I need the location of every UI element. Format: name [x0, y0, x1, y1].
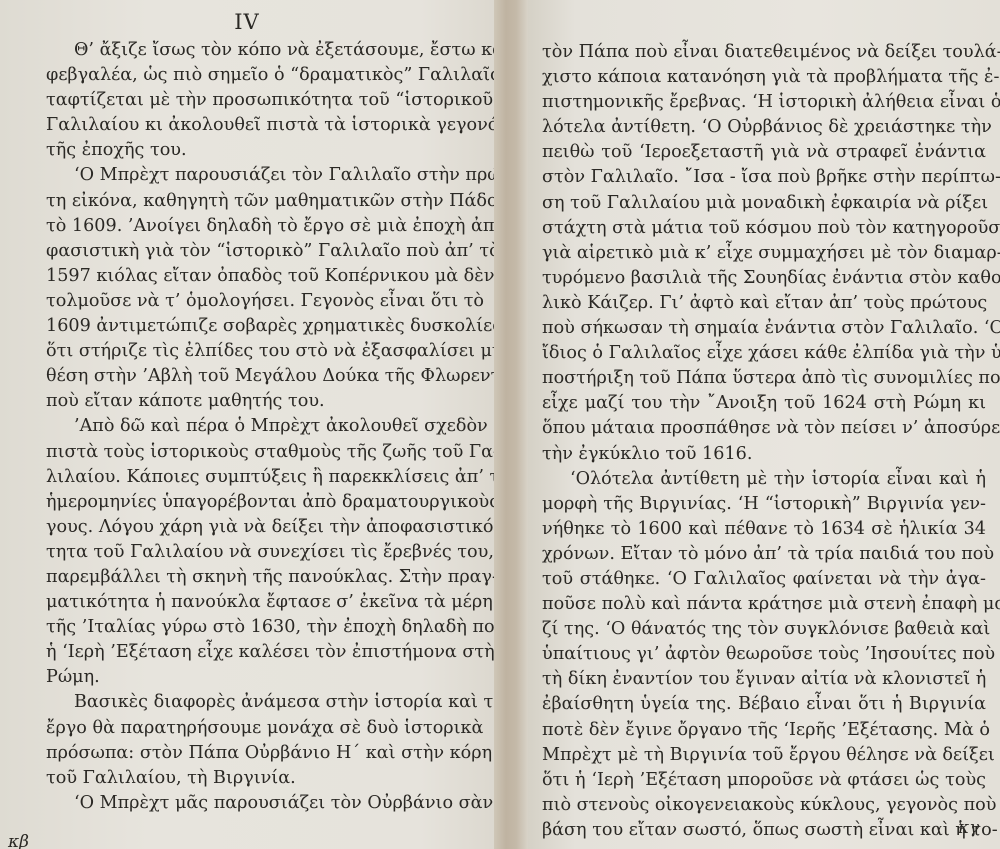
text-line: ζί της. ‘Ο θάνατός της τὸν συγκλόνισε βα… — [542, 617, 986, 642]
text-line: ὅπου μάταια προσπάθησε νὰ τὸν πείσει ν’ … — [542, 416, 986, 441]
text-line: ποῦσε πολὺ καὶ πάντα κράτησε μιὰ στενὴ ἐ… — [542, 592, 986, 617]
text-line: τῆς ’Ιταλίας γύρω στὸ 1630, τὴν ἐποχὴ δη… — [46, 615, 480, 640]
text-line: Μπρὲχτ μὲ τὴ Βιργινία τοῦ ἔργου θέλησε ν… — [542, 743, 986, 768]
text-line: ἡ ‘Ιερὴ ’Εξέταση εἶχε καλέσει τὸν ἐπιστή… — [46, 640, 480, 665]
text-line: 1597 κιόλας εἴταν ὀπαδὸς τοῦ Κοπέρνικου … — [46, 264, 480, 289]
text-line: ὅτι ἡ ‘Ιερὴ ’Εξέταση μποροῦσε νὰ φτάσει … — [542, 768, 986, 793]
text-line: τῆς ἐποχῆς του. — [46, 138, 480, 163]
text-line: ἡμερομηνίες ὑπαγορέβονται ἀπὸ δραματουργ… — [46, 490, 480, 515]
text-line: ση τοῦ Γαλιλαίου μιὰ μοναδικὴ ἐφκαιρία ν… — [542, 191, 986, 216]
left-page-body: Θ’ ἄξιζε ἴσως τὸν κόπο νὰ ἐξετάσουμε, ἔσ… — [46, 38, 480, 816]
text-line: βάση του εἴταν σωστό, ὅπως σωστὴ εἶναι κ… — [542, 818, 986, 843]
book-spread: IV Θ’ ἄξιζε ἴσως τὸν κόπο νὰ ἐξετάσουμε,… — [0, 0, 1000, 849]
text-line: εἶχε μαζί του τὴν ῎Ανοιξη τοῦ 1624 στὴ Ρ… — [542, 391, 986, 416]
text-line: ‘Ο Μπρὲχτ παρουσιάζει τὸν Γαλιλαῖο στὴν … — [46, 163, 480, 188]
text-line: ποὺ σήκωσαν τὴ σημαία ἐνάντια στὸν Γαλιλ… — [542, 316, 986, 341]
text-line: φεβγαλέα, ὡς πιὸ σημεῖο ὁ “δραματικὸς” Γ… — [46, 63, 480, 88]
text-line: ποτὲ δὲν ἔγινε ὄργανο τῆς ‘Ιερῆς ’Εξέτασ… — [542, 718, 986, 743]
paragraph: ’Απὸ δῶ καὶ πέρα ὁ Μπρὲχτ ἀκολουθεῖ σχεδ… — [46, 414, 480, 690]
text-line: πιστημονικῆς ἔρεβνας. ‘Η ἱστορικὴ ἀλήθει… — [542, 90, 986, 115]
text-line: λότελα ἀντίθετη. ‘Ο Οὐρβάνιος δὲ χρειάστ… — [542, 115, 986, 140]
text-line: ὅτι στήριζε τὶς ἐλπίδες του στὸ νὰ ἐξασφ… — [46, 339, 480, 364]
text-line: θέση στὴν ’Αβλὴ τοῦ Μεγάλου Δούκα τῆς Φλ… — [46, 364, 480, 389]
text-line: ἴδιος ὁ Γαλιλαῖος εἶχε χάσει κάθε ἐλπίδα… — [542, 341, 986, 366]
text-line: ἔργο θὰ παρατηρήσουμε μονάχα σὲ δυὸ ἱστο… — [46, 716, 480, 741]
paragraph: Θ’ ἄξιζε ἴσως τὸν κόπο νὰ ἐξετάσουμε, ἔσ… — [46, 38, 480, 163]
text-line: τη εἰκόνα, καθηγητὴ τῶν μαθηματικῶν στὴν… — [46, 189, 480, 214]
page-number-left: κβ — [8, 832, 29, 849]
text-line: ‘Ολότελα ἀντίθετη μὲ τὴν ἱστορία εἶναι κ… — [542, 467, 986, 492]
text-line: νήθηκε τὸ 1600 καὶ πέθανε τὸ 1634 σὲ ἡλι… — [542, 517, 986, 542]
text-line: στὸν Γαλιλαῖο. ῎Ισα - ἴσα ποὺ βρῆκε στὴν… — [542, 165, 986, 190]
text-line: λιλαίου. Κάποιες συμπτύξεις ἢ παρεκκλίσε… — [46, 465, 480, 490]
paragraph: ‘Ο Μπρὲχτ μᾶς παρουσιάζει τὸν Οὐρβάνιο σ… — [46, 791, 480, 816]
text-line: χρόνων. Εἴταν τὸ μόνο ἀπ’ τὰ τρία παιδιά… — [542, 542, 986, 567]
text-line: τοῦ στάθηκε. ‘Ο Γαλιλαῖος φαίνεται νὰ τὴ… — [542, 567, 986, 592]
text-line: τὴν ἐγκύκλιο τοῦ 1616. — [542, 442, 986, 467]
text-line: τὸ 1609. ’Ανοίγει δηλαδὴ τὸ ἔργο σὲ μιὰ … — [46, 214, 480, 239]
text-line: τὸν Πάπα ποὺ εἶναι διατεθειμένος νὰ δείξ… — [542, 40, 986, 65]
book-gutter — [494, 0, 528, 849]
text-line: Ρώμη. — [46, 665, 480, 690]
text-line: μορφὴ τῆς Βιργινίας. ‘Η “ἱστορικὴ” Βιργι… — [542, 492, 986, 517]
text-line: στάχτη στὰ μάτια τοῦ κόσμου ποὺ τὸν κατη… — [542, 216, 986, 241]
paragraph: Βασικὲς διαφορὲς ἀνάμεσα στὴν ἱστορία κα… — [46, 690, 480, 790]
text-line: 1609 ἀντιμετώπιζε σοβαρὲς χρηματικὲς δυσ… — [46, 314, 480, 339]
text-line: χιστο κάποια κατανόηση γιὰ τὰ προβλήματα… — [542, 65, 986, 90]
text-line: ματικότητα ἡ πανούκλα ἔφτασε σ’ ἐκεῖνα τ… — [46, 590, 480, 615]
text-line: ’Απὸ δῶ καὶ πέρα ὁ Μπρὲχτ ἀκολουθεῖ σχεδ… — [46, 414, 480, 439]
right-page-body: τὸν Πάπα ποὺ εἶναι διατεθειμένος νὰ δείξ… — [542, 40, 986, 843]
text-line: λικὸ Κάιζερ. Γι’ ἀφτὸ καὶ εἴταν ἀπ’ τοὺς… — [542, 291, 986, 316]
text-line: τὴ δίκη ἐναντίον του ἔγιναν αἰτία νὰ κλο… — [542, 667, 986, 692]
text-line: Θ’ ἄξιζε ἴσως τὸν κόπο νὰ ἐξετάσουμε, ἔσ… — [46, 38, 480, 63]
text-line: ἐβαίσθητη ὑγεία της. Βέβαιο εἶναι ὅτι ἡ … — [542, 692, 986, 717]
text-line: τοῦ Γαλιλαίου, τὴ Βιργινία. — [46, 766, 480, 791]
text-line: ‘Ο Μπρὲχτ μᾶς παρουσιάζει τὸν Οὐρβάνιο σ… — [46, 791, 480, 816]
text-line: ὑπαίτιους γι’ ἀφτὸν θεωροῦσε τοὺς ’Ιησου… — [542, 642, 986, 667]
paragraph: ‘Ο Μπρὲχτ παρουσιάζει τὸν Γαλιλαῖο στὴν … — [46, 163, 480, 414]
text-line: πειθὼ τοῦ ‘Ιεροεξεταστῆ γιὰ νὰ στραφεῖ ἐ… — [542, 140, 986, 165]
text-line: ταφτίζεται μὲ τὴν προσωπικότητα τοῦ “ἱστ… — [46, 88, 480, 113]
chapter-heading: IV — [0, 10, 494, 34]
text-line: πρόσωπα: στὸν Πάπα Οὐρβάνιο Η΄ καὶ στὴν … — [46, 741, 480, 766]
text-line: πιστὰ τοὺς ἱστορικοὺς σταθμοὺς τῆς ζωῆς … — [46, 440, 480, 465]
text-line: Βασικὲς διαφορὲς ἀνάμεσα στὴν ἱστορία κα… — [46, 690, 480, 715]
text-line: πιὸ στενοὺς οἰκογενειακοὺς κύκλους, γεγο… — [542, 793, 986, 818]
text-line: τητα τοῦ Γαλιλαίου νὰ συνεχίσει τὶς ἔρεβ… — [46, 540, 480, 565]
text-line: ποστήριξη τοῦ Πάπα ὕστερα ἀπὸ τὶς συνομι… — [542, 366, 986, 391]
paragraph: τὸν Πάπα ποὺ εἶναι διατεθειμένος νὰ δείξ… — [542, 40, 986, 467]
page-number-right: κγ — [958, 818, 979, 838]
paragraph: ‘Ολότελα ἀντίθετη μὲ τὴν ἱστορία εἶναι κ… — [542, 467, 986, 843]
text-line: τυρόμενο βασιλιὰ τῆς Σουηδίας ἐνάντια στ… — [542, 266, 986, 291]
text-line: φασιστικὴ γιὰ τὸν “ἱστορικὸ” Γαλιλαῖο πο… — [46, 239, 480, 264]
left-page: IV Θ’ ἄξιζε ἴσως τὸν κόπο νὰ ἐξετάσουμε,… — [0, 0, 494, 849]
text-line: Γαλιλαίου κι ἀκολουθεῖ πιστὰ τὰ ἱστορικὰ… — [46, 113, 480, 138]
text-line: ποὺ εἴταν κάποτε μαθητής του. — [46, 389, 480, 414]
text-line: τολμοῦσε νὰ τ’ ὁμολογήσει. Γεγονὸς εἶναι… — [46, 289, 480, 314]
text-line: παρεμβάλλει τὴ σκηνὴ τῆς πανούκλας. Στὴν… — [46, 565, 480, 590]
right-page: τὸν Πάπα ποὺ εἶναι διατεθειμένος νὰ δείξ… — [528, 0, 1000, 849]
text-line: γους. Λόγου χάρη γιὰ νὰ δείξει τὴν ἀποφα… — [46, 515, 480, 540]
text-line: γιὰ αἱρετικὸ μιὰ κ’ εἶχε συμμαχήσει μὲ τ… — [542, 241, 986, 266]
